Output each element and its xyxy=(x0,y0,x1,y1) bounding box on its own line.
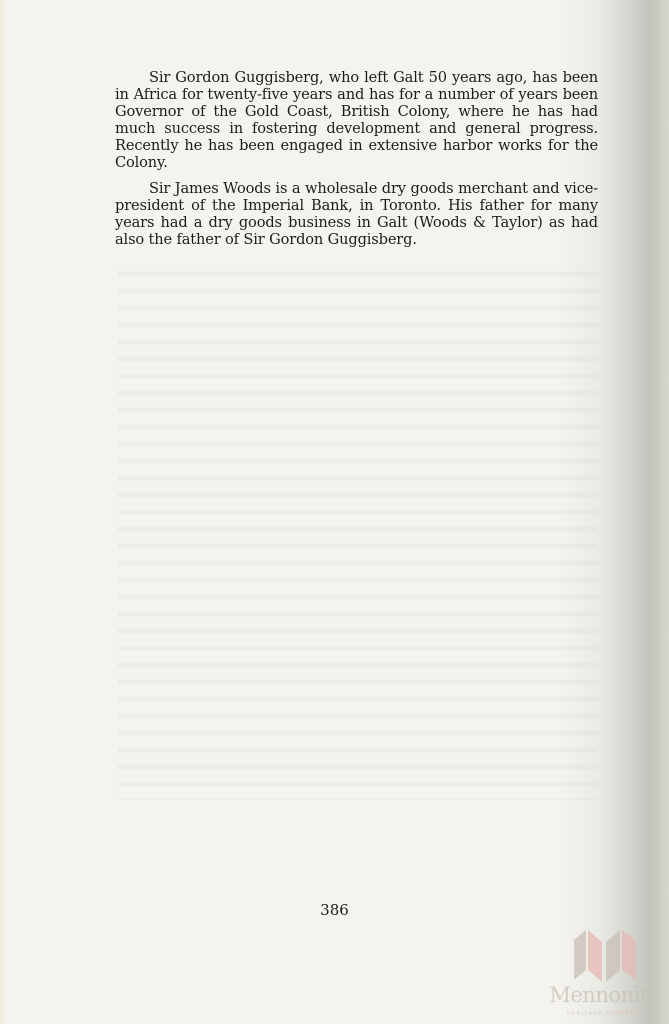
watermark-subtitle-accent: PORTRAIT xyxy=(606,1011,642,1017)
watermark-subtitle-main: HERITAGE xyxy=(566,1011,603,1017)
page-number: 386 xyxy=(0,901,669,919)
body-text: Sir Gordon Guggisberg, who left Galt 50 … xyxy=(115,70,598,259)
watermark-title: Mennonite xyxy=(540,983,669,1007)
mennonite-logo-icon xyxy=(570,928,640,983)
watermark: Mennonite HERITAGE PORTRAIT xyxy=(540,928,669,1024)
paragraph-woods: Sir James Woods is a wholesale dry goods… xyxy=(115,181,598,249)
scanned-page: Sir Gordon Guggisberg, who left Galt 50 … xyxy=(0,0,669,1024)
paragraph-guggisberg: Sir Gordon Guggisberg, who left Galt 50 … xyxy=(115,70,598,171)
bleed-through-texture xyxy=(118,265,598,800)
watermark-subtitle: HERITAGE PORTRAIT xyxy=(540,1011,669,1017)
